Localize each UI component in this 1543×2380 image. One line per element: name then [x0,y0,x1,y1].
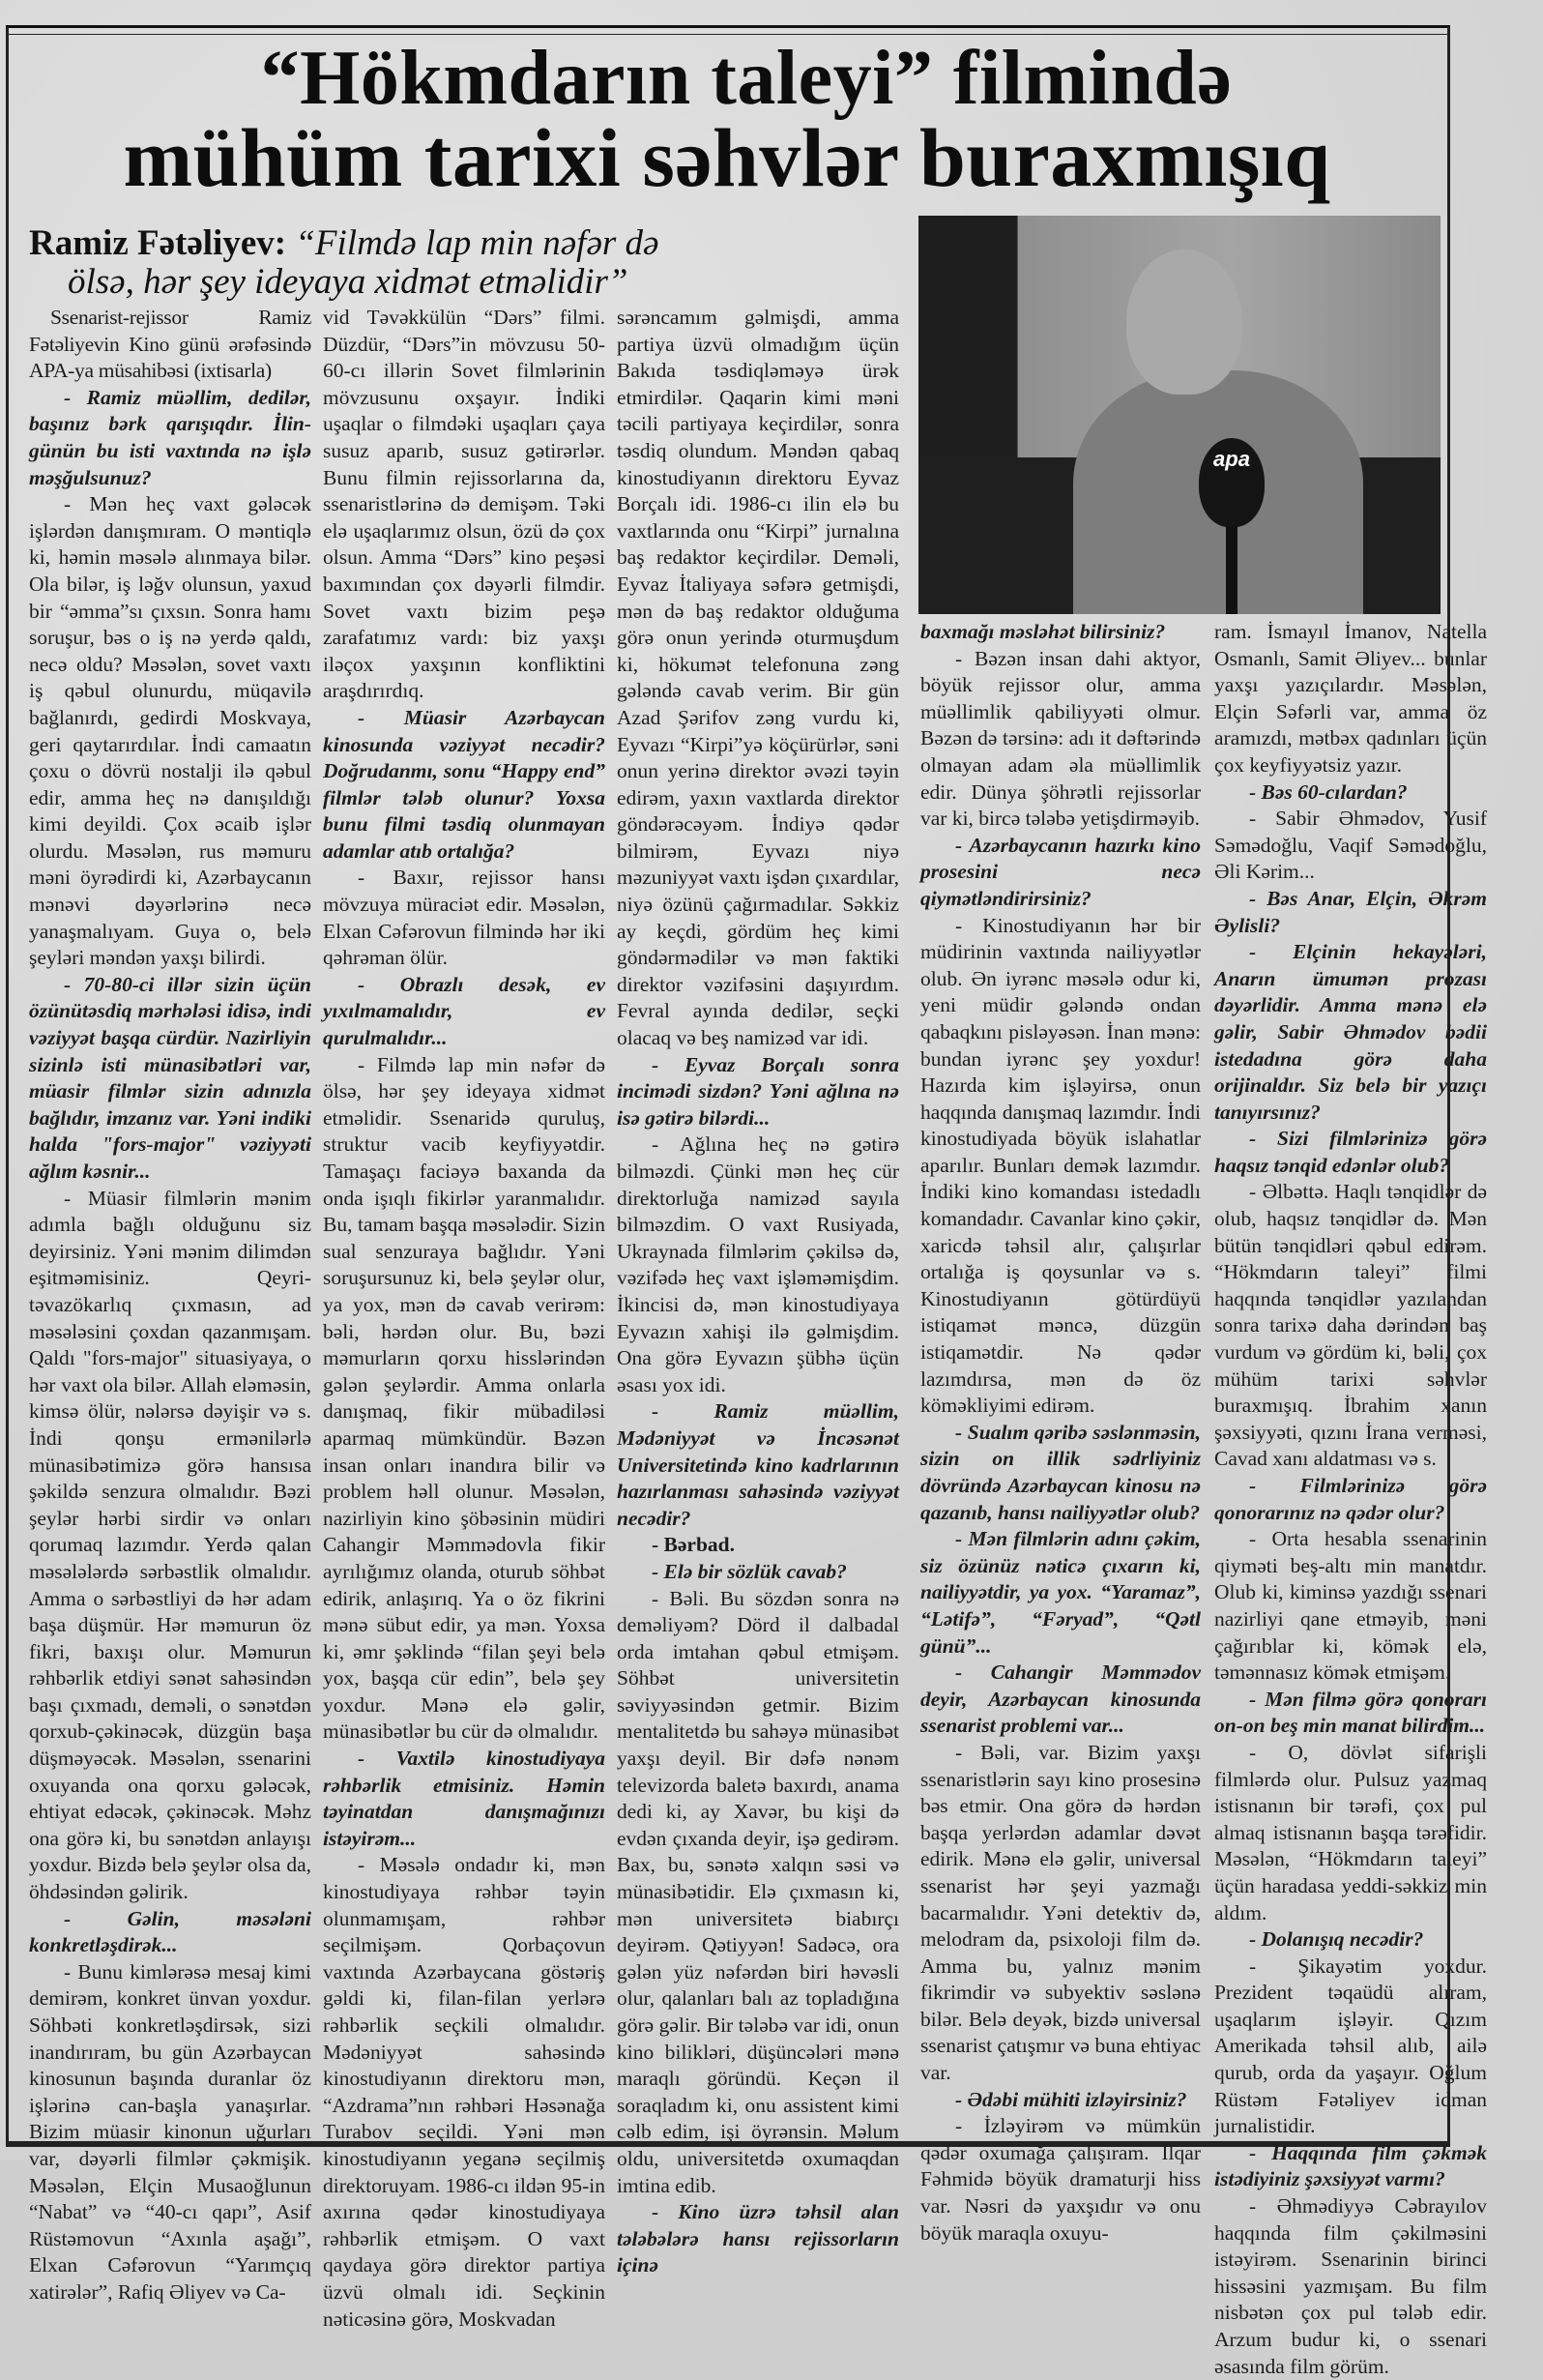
answer-paragraph: - Bəli, var. Bizim yaxşı ssenaristlərin … [920,1740,1201,2087]
question-paragraph: - Bəs Anar, Elçin, Əkrəm Əylisli? [1214,886,1487,939]
article-column-5: ram. İsmayıl İmanov, Natella Osmanlı, Sa… [1214,619,1487,2160]
answer-paragraph: - Bəli. Bu sözdən sonra nə deməliyəm? Dö… [617,1586,899,2160]
question-paragraph: - Ramiz müəllim, Mədəniyyət və İncəsənət… [617,1398,899,1532]
answer-paragraph: - Orta hesabla ssenarinin qiyməti beş-al… [1214,1526,1487,1687]
continued-paragraph: ram. İsmayıl İmanov, Natella Osmanlı, Sa… [1214,619,1487,779]
question-paragraph: - Gəlin, məsələni konkretləşdirək... [29,1906,311,1959]
subhead-quote-line-2: ölsə, hər şey ideyaya xidmət etməlidir” [29,263,899,302]
bottom-rule [6,2137,1450,2143]
headline: “Hökmdarın taleyi” filmində mühüm tarixi… [12,39,1442,197]
answer-paragraph: - O, dövlət sifarişli filmlərdə olur. Pu… [1214,1740,1487,1926]
question-paragraph: - Ramiz müəllim, dedilər, başınız bərk q… [29,385,311,491]
answer-paragraph: - Mən heç vaxt gələcək işlərdən danışmır… [29,491,311,972]
question-paragraph: - Mən filmlərin adını çəkim, siz özünüz … [920,1526,1201,1660]
question-paragraph: - Elə bir sözlük cavab? [617,1559,899,1586]
question-paragraph: - Cahangir Məmmədov deyir, Azərbaycan ki… [920,1660,1201,1740]
continued-paragraph: vid Təvəkkülün “Dərs” filmi. Düzdür, “Də… [323,305,605,705]
photo-person-head [1126,250,1242,395]
answer-paragraph: - Məsələ ondadır ki, mən kinostudiyaya r… [323,1852,605,2160]
answer-paragraph: - Kinostudiyanın hər bir müdirinin vaxtı… [920,913,1201,1420]
question-paragraph: - Müasir Azərbaycan kinosunda vəziyyət n… [323,705,605,866]
headline-line-1: “Hökmdarın taleyi” filmində [12,39,1442,118]
answer-paragraph: - Əlbəttə. Haqlı tənqidlər də olub, haqs… [1214,1179,1487,1473]
question-paragraph: - Azərbaycanın hazırkı kino prosesini ne… [920,833,1201,913]
answer-paragraph: - Ağlına heç nə gətirə bilməzdi. Çünki m… [617,1131,899,1398]
question-paragraph: - Ədəbi mühiti izləyirsiniz? [920,2087,1201,2114]
question-paragraph: - Obrazlı desək, ev yıxılmamalıdır, ev q… [323,972,605,1052]
question-paragraph: - Filmlərinizə görə qonorarınız nə qədər… [1214,1473,1487,1526]
question-paragraph: - Bəs 60-cılardan? [1214,779,1487,807]
article-column-3: sərəncamım gəlmişdi, amma partiya üzvü o… [617,305,899,2160]
question-paragraph: - Mən filmə görə qonorarı on-on beş min … [1214,1687,1487,1740]
article-column-2: vid Təvəkkülün “Dərs” filmi. Düzdür, “Də… [323,305,605,2160]
lead-paragraph: Ssenarist-rejissor Ramiz Fətəliyevin Kin… [29,305,311,385]
question-paragraph: - Eyvaz Borçalı sonra incimədi sizdən? Y… [617,1052,899,1132]
question-paragraph: - Dolanışıq necədir? [1214,1926,1487,1954]
interviewee-name: Ramiz Fətəliyev: [29,223,286,263]
article-column-1: Ssenarist-rejissor Ramiz Fətəliyevin Kin… [29,305,311,2160]
subhead-quote-line-1: “Filmdə lap min nəfər də [295,223,658,263]
question-paragraph: - Sualım qəribə səslənməsin, sizin on il… [920,1420,1201,1526]
answer-paragraph: - Baxır, rejissor hansı mövzuya müraciət… [323,865,605,971]
answer-paragraph: - Bunu kimlərəsə mesaj kimi demirəm, kon… [29,1959,311,2160]
answer-paragraph: - Şikayətim yoxdur. Prezident təqaüdü al… [1214,1954,1487,2140]
apa-microphone-icon: apa [1199,438,1265,527]
question-paragraph: baxmağı məsləhət bilirsiniz? [920,619,1201,646]
microphone-stand [1226,523,1237,614]
headline-line-2: mühüm tarixi səhvlər buraxmışıq [12,118,1442,197]
question-paragraph: - Sizi filmlərinizə görə haqsız tənqid e… [1214,1126,1487,1179]
answer-paragraph: - Sabir Əhmədov, Yusif Səmədoğlu, Vaqif … [1214,806,1487,886]
answer-paragraph: - Bəzən insan dahi aktyor, böyük rejisso… [920,646,1201,833]
answer-paragraph: - Filmdə lap min nəfər də ölsə, hər şey … [323,1052,605,1746]
answer-paragraph: - Müasir filmlərin mənim adımla bağlı ol… [29,1186,311,1906]
subheading: Ramiz Fətəliyev: “Filmdə lap min nəfər d… [29,224,899,302]
question-paragraph: - 70-80-ci illər sizin üçün özünütəsdiq … [29,972,311,1186]
question-paragraph: - Elçinin hekayələri, Anarın ümumən proz… [1214,939,1487,1126]
article-column-4: baxmağı məsləhət bilirsiniz?- Bəzən insa… [920,619,1201,2160]
continued-paragraph: sərəncamım gəlmişdi, amma partiya üzvü o… [617,305,899,1052]
interviewee-photo: apa [918,216,1441,614]
answer-paragraph: - Bərbad. [617,1532,899,1559]
newspaper-page: “Hökmdarın taleyi” filmində mühüm tarixi… [0,0,1543,2160]
question-paragraph: - Vaxtilə kinostudiyaya rəhbərlik etmisi… [323,1746,605,1852]
